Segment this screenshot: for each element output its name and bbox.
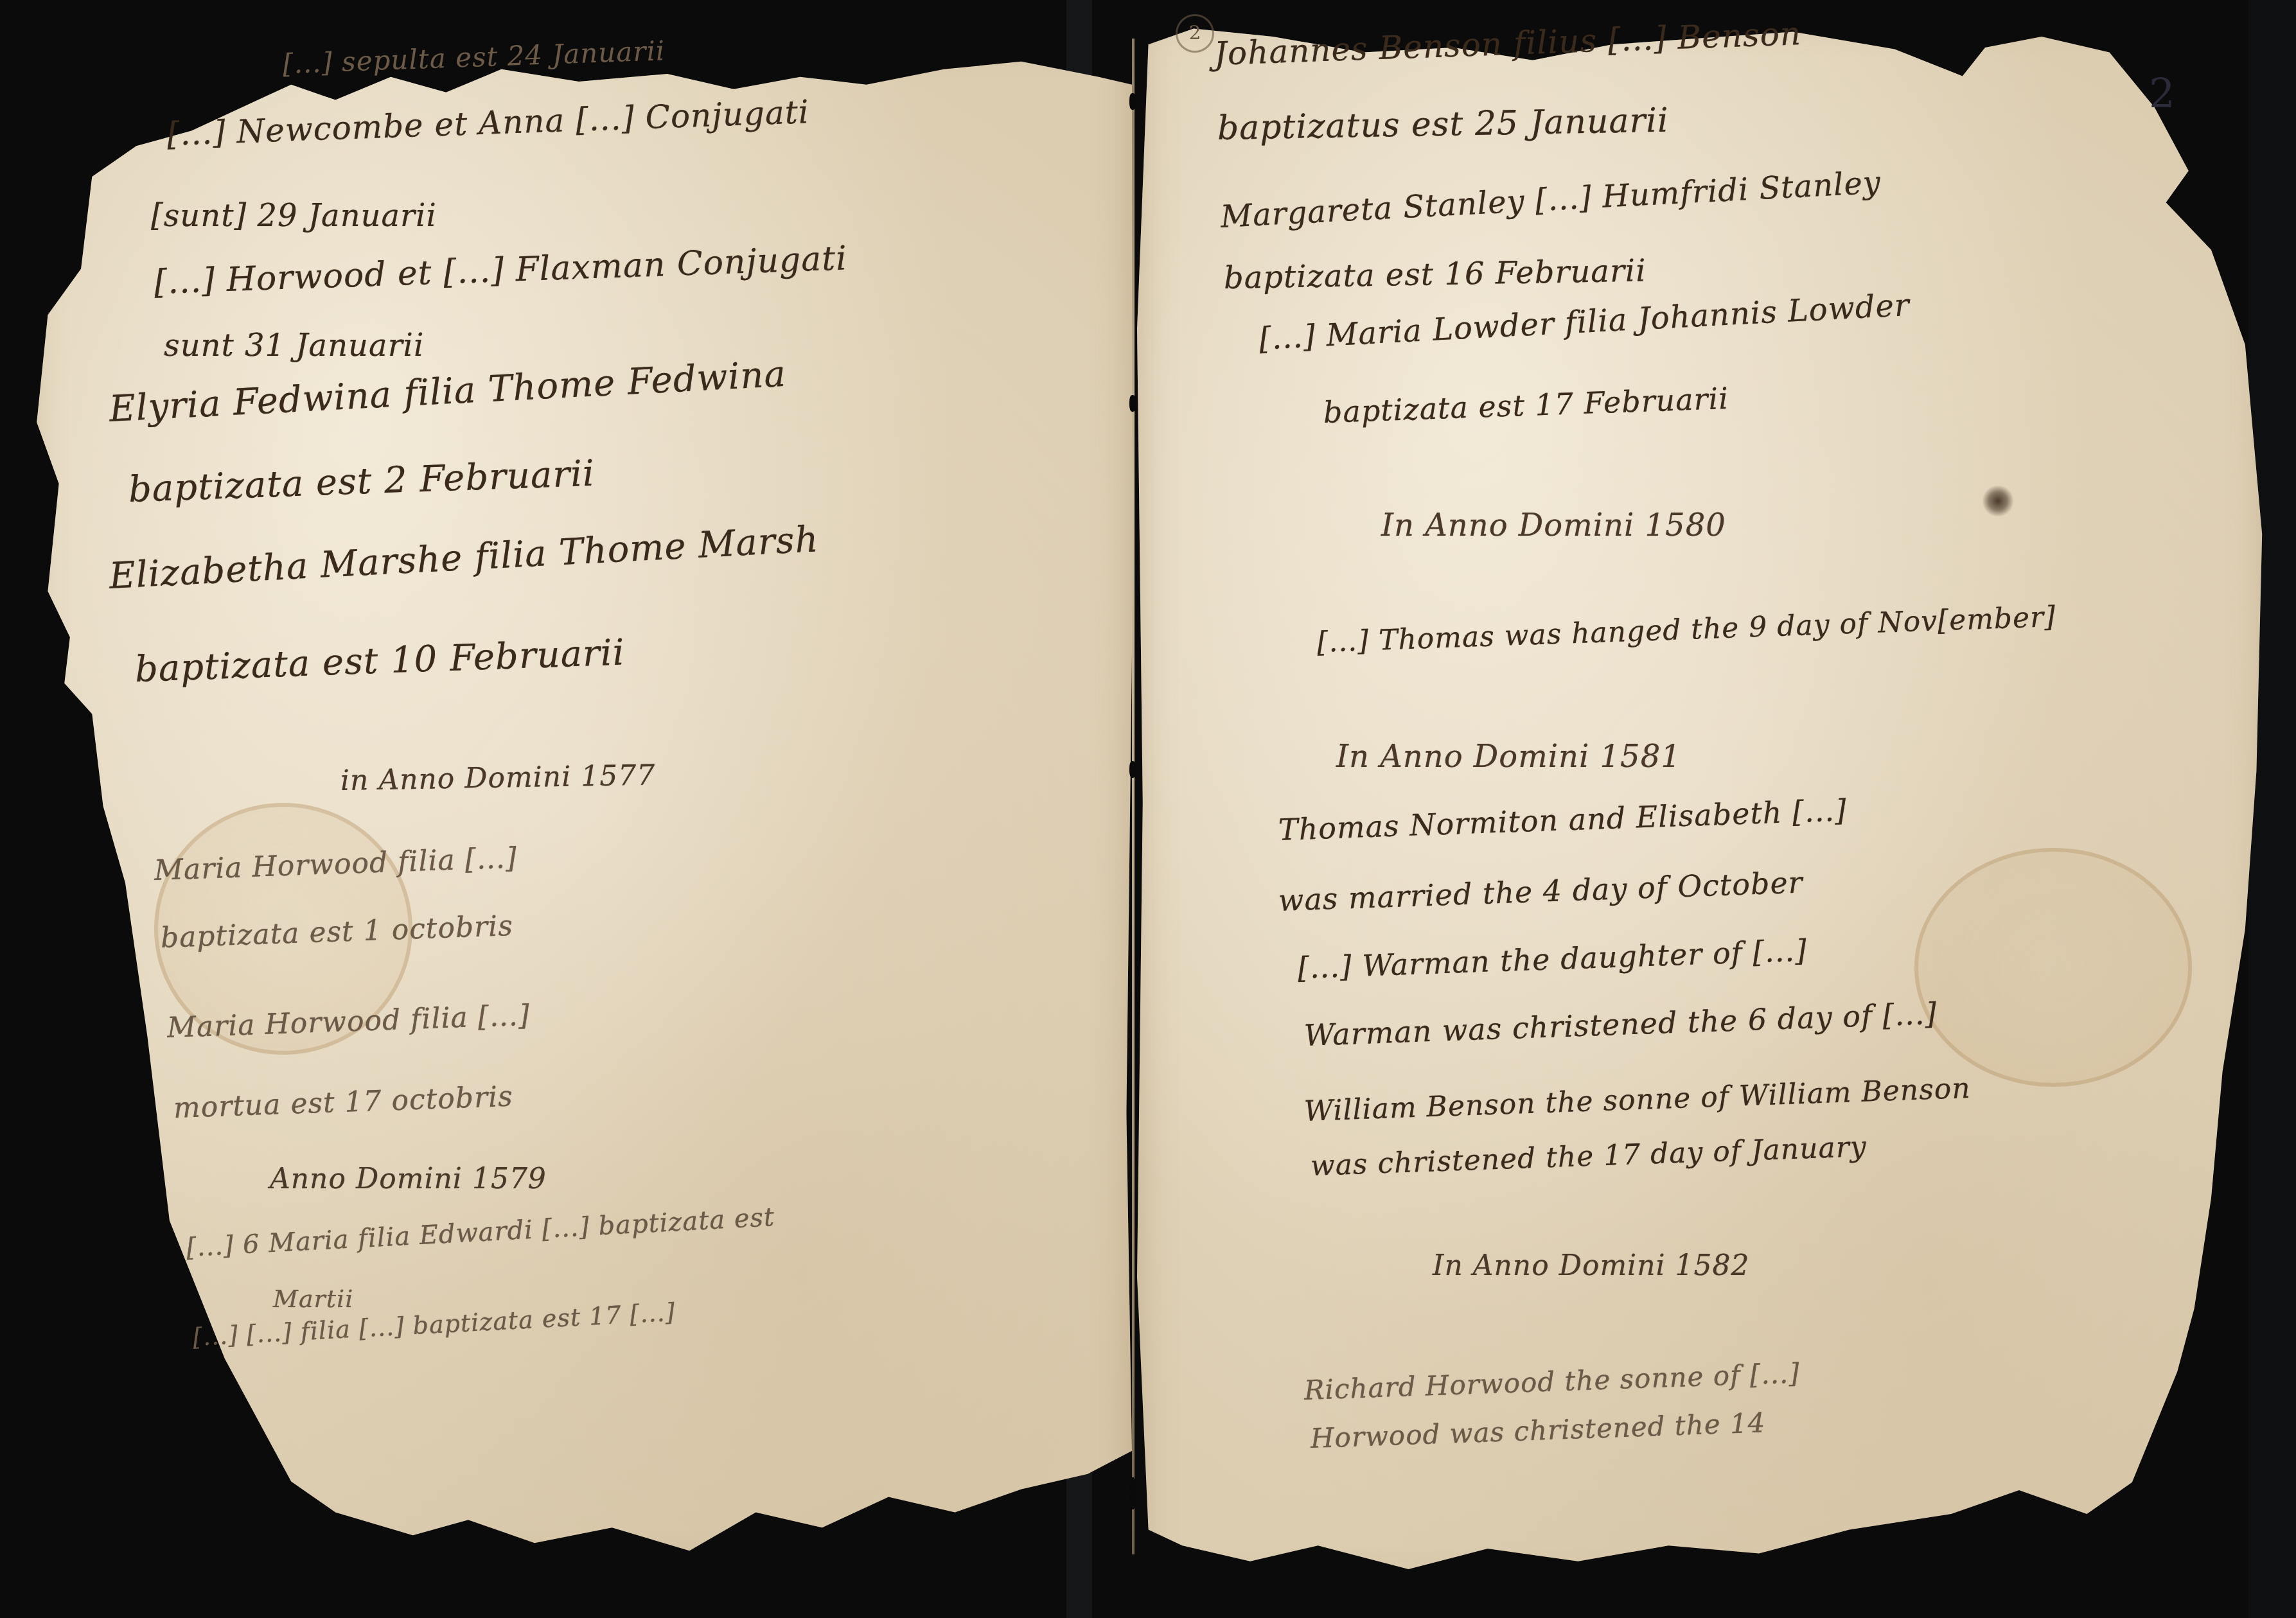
year-heading: Anno Domini 1579	[270, 1163, 547, 1195]
year-heading: In Anno Domini 1580	[1381, 507, 1726, 543]
ink-blot	[1982, 485, 2014, 517]
year-heading: In Anno Domini 1582	[1433, 1249, 1750, 1282]
register-line: [sunt] 29 Januarii	[151, 198, 437, 234]
year-heading: in Anno Domini 1577	[340, 759, 656, 797]
folio-number-circled: 2	[1176, 14, 1214, 53]
folio-number-corner: 2	[2149, 71, 2175, 118]
binding-hole-1	[1129, 93, 1136, 110]
register-line: [...] sepulta est 24 Januarii	[282, 35, 666, 80]
binding-hole-3	[1129, 761, 1136, 778]
water-stain-right	[1914, 848, 2192, 1087]
mount-strip-right	[2248, 0, 2296, 1618]
register-line: Martii	[273, 1285, 353, 1313]
binding-hole-4	[1129, 1477, 1136, 1509]
register-line: baptizata est 16 Februarii	[1224, 253, 1647, 296]
year-heading: In Anno Domini 1581	[1336, 739, 1681, 775]
book-gutter	[1132, 39, 1135, 1554]
binding-hole-2	[1129, 395, 1136, 412]
register-line: sunt 31 Januarii	[164, 328, 424, 364]
register-line: baptizatus est 25 Januarii	[1217, 101, 1669, 148]
